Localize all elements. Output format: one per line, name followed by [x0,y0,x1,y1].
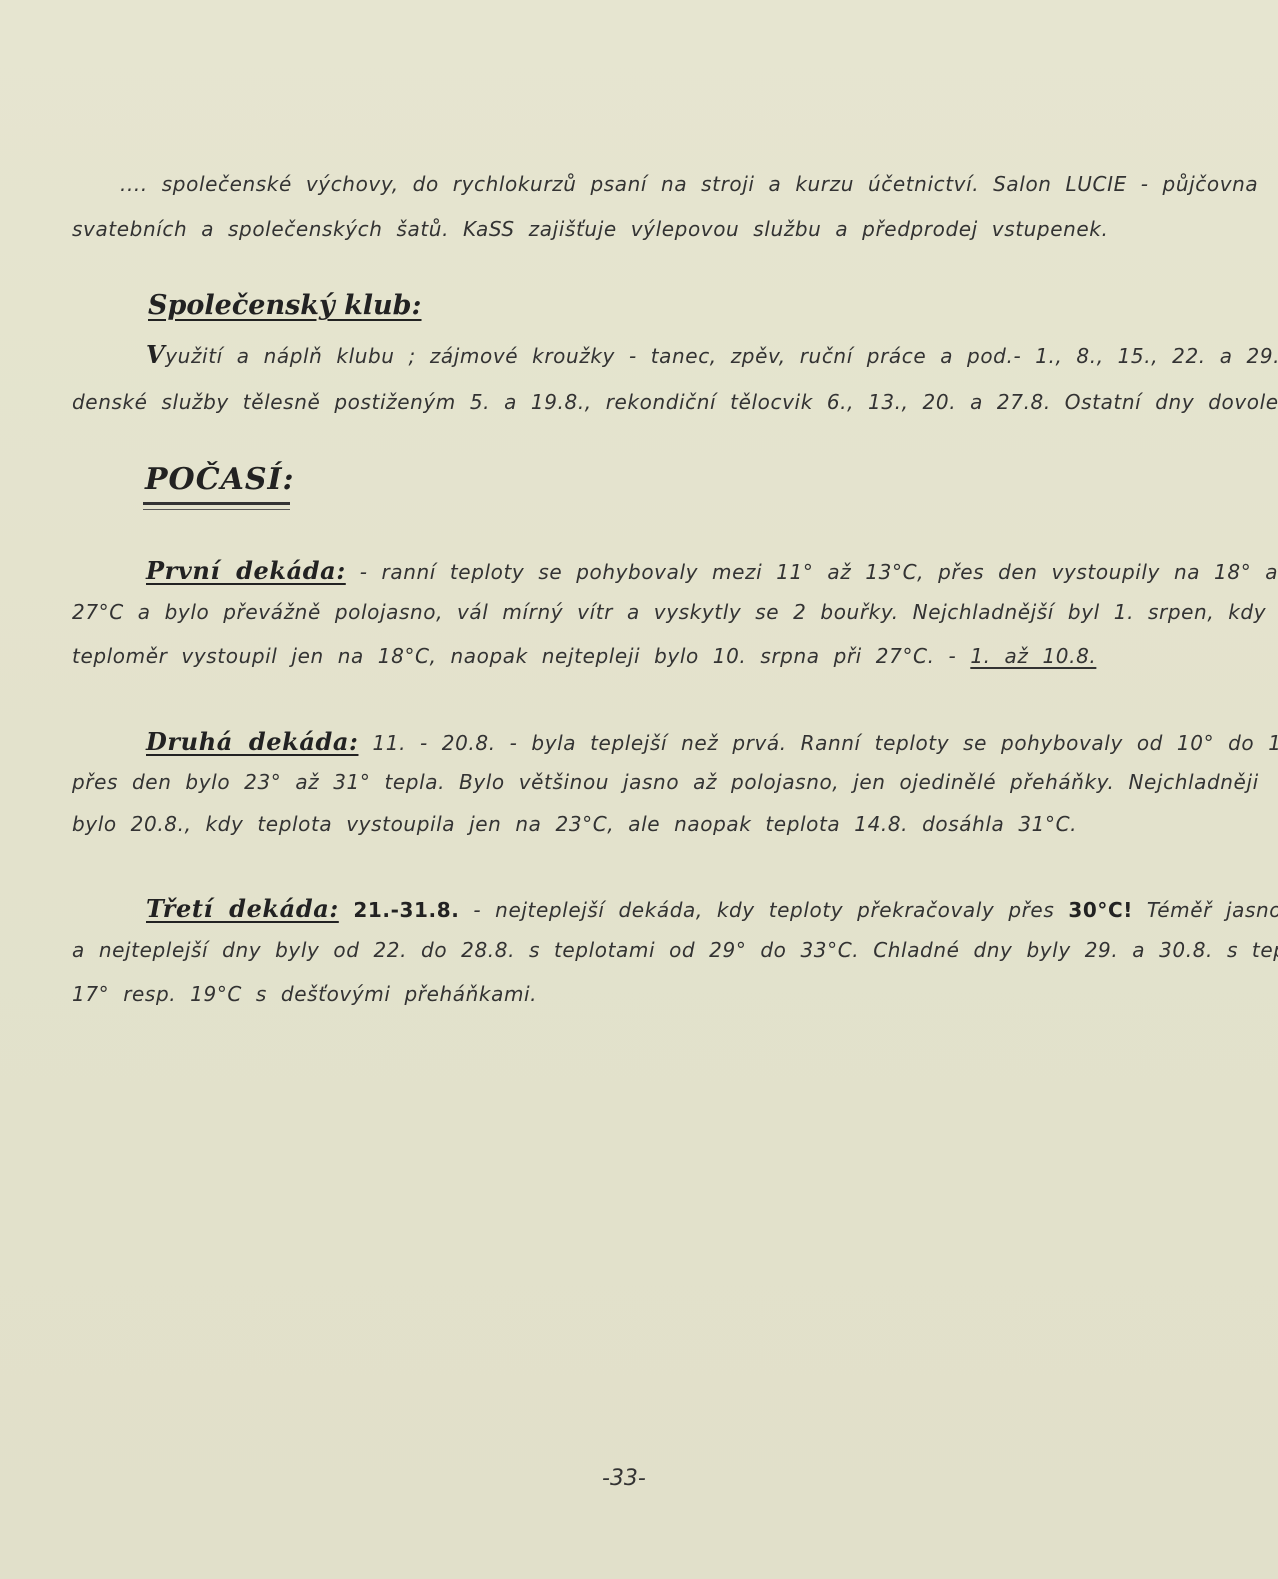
club-line-2: denské služby tělesně postiženým 5. a 19… [72,390,1278,414]
decade-2-line-1-text: 11. - 20.8. - byla teplejší než prvá. Ra… [358,731,1278,755]
decade-3-dates: 21.-31.8. [339,898,460,922]
decade-3-line-3: 17° resp. 19°C s dešťovými přeháňkami. [72,982,537,1006]
club-line-1-text: yužití a náplň klubu ; zájmové kroužky -… [165,344,1278,368]
decade-1-line-2: 27°C a bylo převážně polojasno, vál mírn… [72,600,1266,624]
decade-3-line-1-text: - nejteplejší dekáda, kdy teploty překra… [459,898,1068,922]
decade-3-highlight: 30°C! [1068,898,1133,922]
decade-1-range: 1. až 10.8. [970,644,1096,668]
decade-1-line-1: První dekáda: - ranní teploty se pohybov… [146,556,1278,585]
decade-2-line-2: přes den bylo 23° až 31° tepla. Bylo vět… [72,770,1259,794]
club-lead-letter: V [146,340,165,369]
decade-3-title: Třetí dekáda: [146,894,339,923]
decade-2-line-1: Druhá dekáda: 11. - 20.8. - byla teplejš… [146,727,1278,756]
decade-1-line-3: teploměr vystoupil jen na 18°C, naopak n… [72,644,1096,668]
decade-3-line-1-end: Téměř jasno [1133,898,1278,922]
weather-heading-underline [143,502,290,510]
decade-1-title: První dekáda: [146,556,346,585]
club-heading: Společenský klub: [148,290,422,321]
decade-2-line-3: bylo 20.8., kdy teplota vystoupila jen n… [72,812,1077,836]
weather-heading: POČASÍ: [145,462,295,497]
decade-1-line-3-text: teploměr vystoupil jen na 18°C, naopak n… [72,644,970,668]
page-number: -33- [602,1466,646,1491]
club-line-1: Využití a náplň klubu ; zájmové kroužky … [146,340,1278,369]
intro-line-2: svatebních a společenských šatů. KaSS za… [72,217,1108,241]
decade-3-line-1: Třetí dekáda: 21.-31.8. - nejteplejší de… [146,894,1278,923]
decade-2-title: Druhá dekáda: [146,727,358,756]
document-page: .... společenské výchovy, do rychlokurzů… [0,0,1278,1579]
decade-1-line-1-text: - ranní teploty se pohybovaly mezi 11° a… [346,560,1278,584]
intro-line-1: .... společenské výchovy, do rychlokurzů… [120,172,1258,196]
decade-3-line-2: a nejteplejší dny byly od 22. do 28.8. s… [72,938,1278,962]
